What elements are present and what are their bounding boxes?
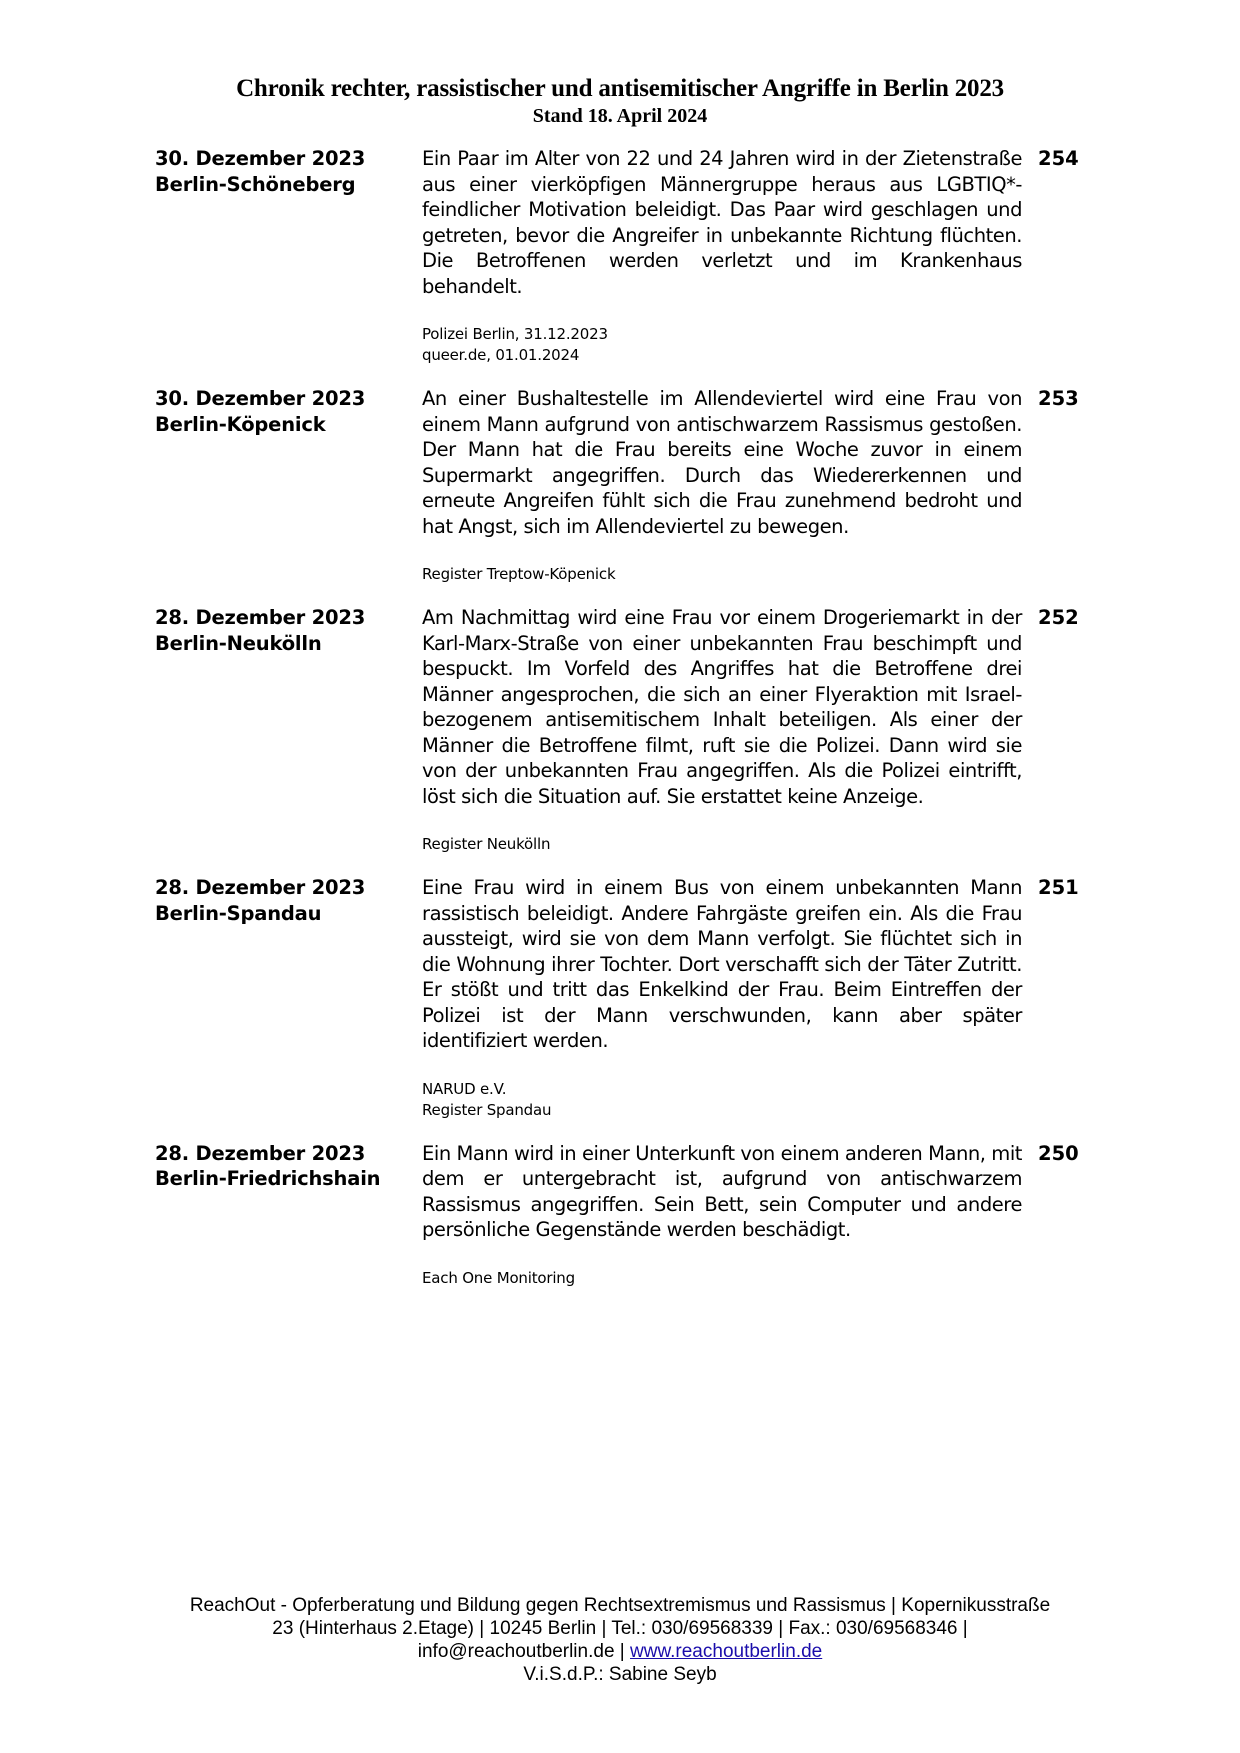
incident-description: Ein Paar im Alter von 22 und 24 Jahren w… bbox=[422, 146, 1022, 299]
incident-number: 252 bbox=[1038, 605, 1079, 631]
incident-body: An einer Bushaltestelle im Allendevierte… bbox=[422, 386, 1022, 585]
incident-entry: 28. Dezember 2023 Berlin-Friedrichshain … bbox=[155, 1141, 1085, 1289]
incident-meta: 30. Dezember 2023 Berlin-Schöneberg bbox=[155, 146, 422, 366]
incident-date: 28. Dezember 2023 bbox=[155, 605, 422, 631]
incident-meta: 28. Dezember 2023 Berlin-Spandau bbox=[155, 875, 422, 1121]
incident-meta: 28. Dezember 2023 Berlin-Neukölln bbox=[155, 605, 422, 855]
incident-sources: Polizei Berlin, 31.12.2023 queer.de, 01.… bbox=[422, 324, 1022, 366]
incident-district: Berlin-Friedrichshain bbox=[155, 1166, 422, 1192]
incident-sources: Register Neukölln bbox=[422, 834, 1022, 855]
footer-email: info@reachoutberlin.de bbox=[418, 1641, 615, 1662]
incident-date: 30. Dezember 2023 bbox=[155, 146, 422, 172]
incident-meta: 30. Dezember 2023 Berlin-Köpenick bbox=[155, 386, 422, 585]
footer-address: 23 (Hinterhaus 2.Etage) | 10245 Berlin |… bbox=[0, 1617, 1240, 1640]
incident-body: Ein Paar im Alter von 22 und 24 Jahren w… bbox=[422, 146, 1022, 366]
incident-source: NARUD e.V. bbox=[422, 1079, 1022, 1100]
incident-district: Berlin-Spandau bbox=[155, 901, 422, 927]
incident-district: Berlin-Neukölln bbox=[155, 631, 422, 657]
incident-source: Polizei Berlin, 31.12.2023 bbox=[422, 324, 1022, 345]
incident-sources: Register Treptow-Köpenick bbox=[422, 564, 1022, 585]
incident-description: An einer Bushaltestelle im Allendevierte… bbox=[422, 386, 1022, 539]
incident-date: 30. Dezember 2023 bbox=[155, 386, 422, 412]
footer-responsible: V.i.S.d.P.: Sabine Seyb bbox=[0, 1663, 1240, 1686]
incident-source: queer.de, 01.01.2024 bbox=[422, 345, 1022, 366]
incident-body: Eine Frau wird in einem Bus von einem un… bbox=[422, 875, 1022, 1121]
incident-entry: 28. Dezember 2023 Berlin-Spandau Eine Fr… bbox=[155, 875, 1085, 1121]
incident-meta: 28. Dezember 2023 Berlin-Friedrichshain bbox=[155, 1141, 422, 1289]
footer-organization: ReachOut - Opferberatung und Bildung geg… bbox=[0, 1594, 1240, 1617]
incident-district: Berlin-Schöneberg bbox=[155, 172, 422, 198]
incident-body: Am Nachmittag wird eine Frau vor einem D… bbox=[422, 605, 1022, 855]
footer-contact: info@reachoutberlin.de | www.reachoutber… bbox=[0, 1640, 1240, 1663]
incident-source: Register Treptow-Köpenick bbox=[422, 564, 1022, 585]
incident-entry: 28. Dezember 2023 Berlin-Neukölln Am Nac… bbox=[155, 605, 1085, 855]
page-footer: ReachOut - Opferberatung und Bildung geg… bbox=[0, 1594, 1240, 1686]
incident-description: Ein Mann wird in einer Unterkunft von ei… bbox=[422, 1141, 1022, 1243]
incident-source: Register Neukölln bbox=[422, 834, 1022, 855]
incident-body: Ein Mann wird in einer Unterkunft von ei… bbox=[422, 1141, 1022, 1289]
incident-description: Eine Frau wird in einem Bus von einem un… bbox=[422, 875, 1022, 1054]
incident-number: 254 bbox=[1038, 146, 1079, 172]
incident-number: 250 bbox=[1038, 1141, 1079, 1167]
incident-source: Register Spandau bbox=[422, 1100, 1022, 1121]
incident-district: Berlin-Köpenick bbox=[155, 412, 422, 438]
footer-separator: | bbox=[615, 1641, 631, 1662]
incident-description: Am Nachmittag wird eine Frau vor einem D… bbox=[422, 605, 1022, 809]
incident-number: 253 bbox=[1038, 386, 1079, 412]
incident-date: 28. Dezember 2023 bbox=[155, 1141, 422, 1167]
incident-list: 30. Dezember 2023 Berlin-Schöneberg Ein … bbox=[155, 146, 1085, 1309]
document-title: Chronik rechter, rassistischer und antis… bbox=[0, 74, 1240, 104]
incident-source: Each One Monitoring bbox=[422, 1268, 1022, 1289]
document-date-stand: Stand 18. April 2024 bbox=[0, 104, 1240, 128]
incident-entry: 30. Dezember 2023 Berlin-Köpenick An ein… bbox=[155, 386, 1085, 585]
document-header: Chronik rechter, rassistischer und antis… bbox=[0, 74, 1240, 128]
incident-sources: NARUD e.V. Register Spandau bbox=[422, 1079, 1022, 1121]
incident-entry: 30. Dezember 2023 Berlin-Schöneberg Ein … bbox=[155, 146, 1085, 366]
incident-date: 28. Dezember 2023 bbox=[155, 875, 422, 901]
incident-number: 251 bbox=[1038, 875, 1079, 901]
incident-sources: Each One Monitoring bbox=[422, 1268, 1022, 1289]
footer-website-link[interactable]: www.reachoutberlin.de bbox=[630, 1641, 822, 1662]
